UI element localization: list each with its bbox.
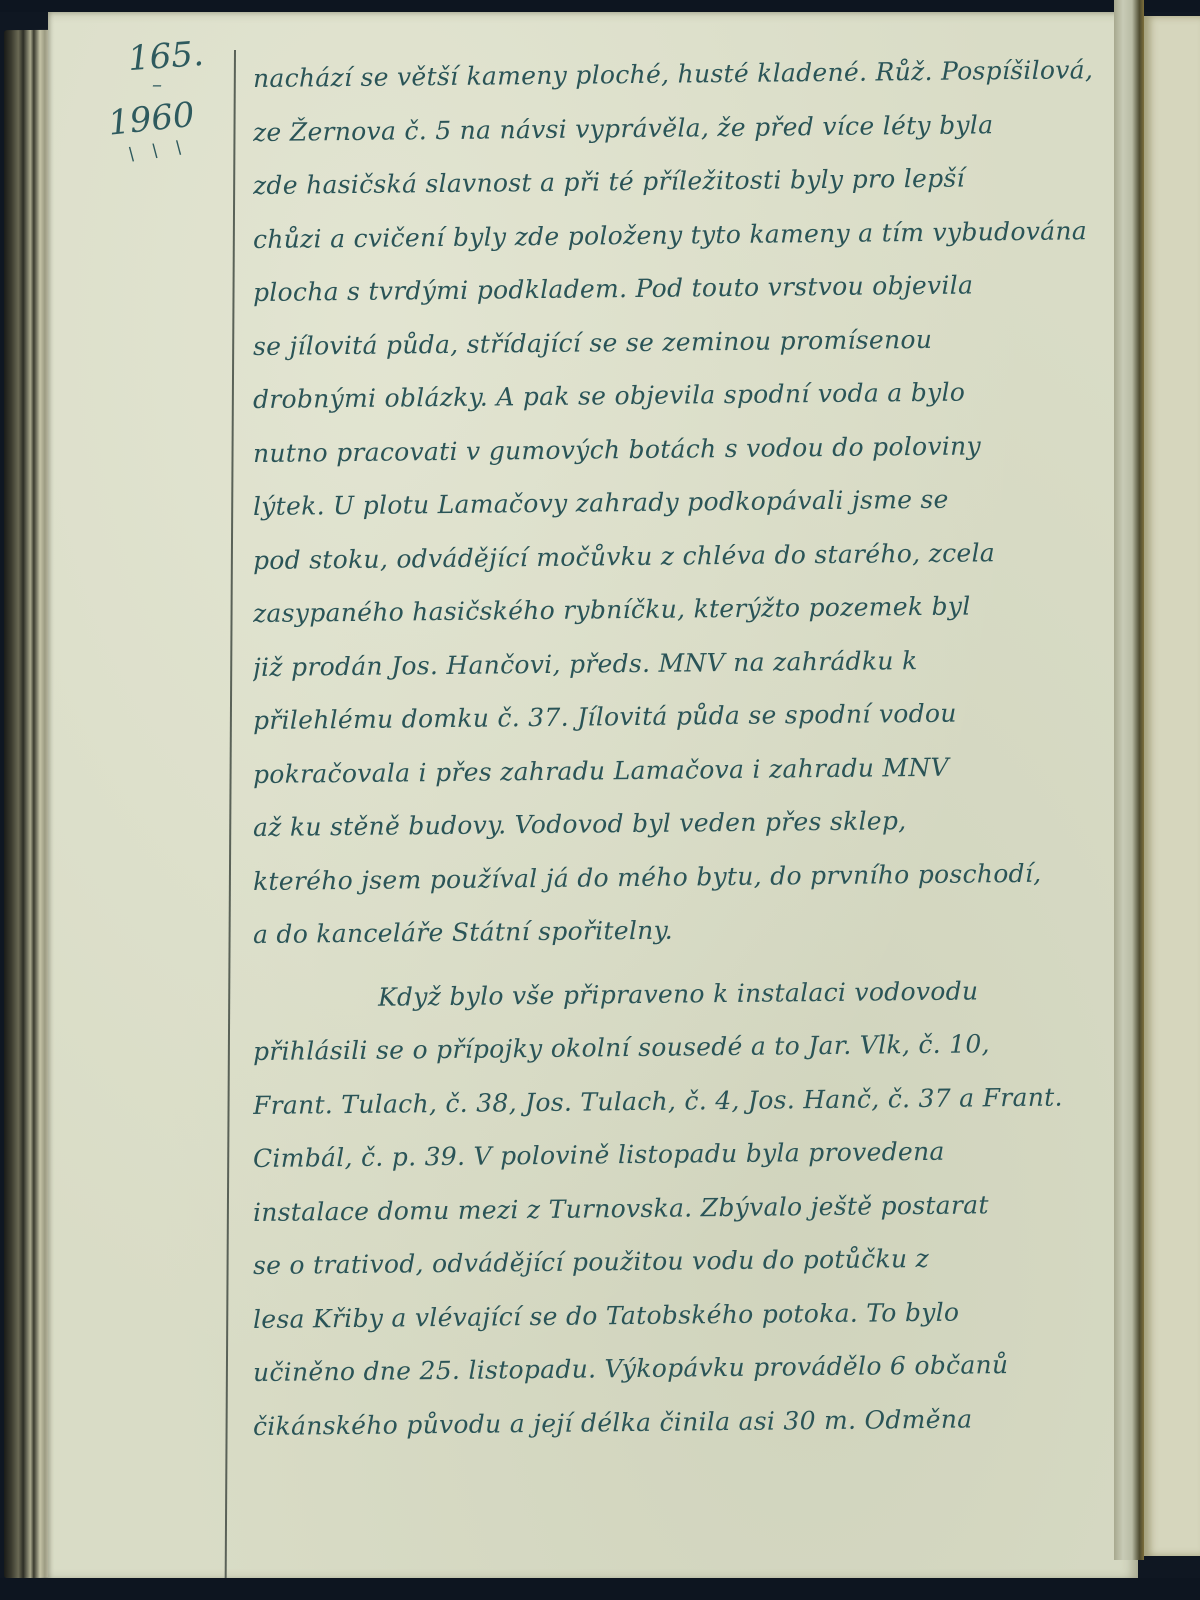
- bottom-background: [0, 1578, 1200, 1600]
- text-line: lesa Křiby a vlévající se do Tatobského …: [253, 1283, 1114, 1346]
- text-line: Cimbál, č. p. 39. V polovině listopadu b…: [253, 1123, 1114, 1186]
- text-line: drobnými oblázky. A pak se objevila spod…: [253, 364, 1114, 427]
- margin-annotation: 165. – 1960 \ \ \: [108, 36, 218, 159]
- text-line: ze Žernova č. 5 na návsi vyprávěla, že p…: [253, 96, 1114, 159]
- text-line: se o trativod, odvádějící použitou vodu …: [253, 1230, 1114, 1293]
- text-line: instalace domu mezi z Turnovska. Zbývalo…: [253, 1176, 1114, 1239]
- text-line: až ku stěně budovy. Vodovod byl veden př…: [253, 792, 1114, 855]
- text-line: pod stoku, odvádějící močůvku z chléva d…: [253, 524, 1114, 587]
- text-line: Frant. Tulach, č. 38, Jos. Tulach, č. 4,…: [253, 1069, 1114, 1132]
- paragraph-start-line: Když bylo vše připraveno k instalaci vod…: [253, 962, 1114, 1025]
- text-line: chůzi a cvičení byly zde položeny tyto k…: [253, 203, 1114, 266]
- text-line: se jílovitá půda, střídající se se zemin…: [253, 310, 1114, 373]
- text-line: zde hasičská slavnost a při té příležito…: [253, 150, 1114, 213]
- text-line: přihlásili se o přípojky okolní sousedé …: [253, 1016, 1114, 1079]
- book-gutter: [1114, 0, 1144, 1560]
- ledger-page: 165. – 1960 \ \ \ nachází se větší kamen…: [48, 12, 1138, 1582]
- margin-dash: –: [152, 76, 218, 92]
- text-line: zasypaného hasičského rybníčku, kterýžto…: [253, 578, 1114, 641]
- text-line: lýtek. U plotu Lamačovy zahrady podkopáv…: [253, 471, 1114, 534]
- text-line: nachází se větší kameny ploché, husté kl…: [253, 43, 1114, 106]
- facing-page-edge: [1144, 16, 1200, 1556]
- text-line: nutno pracovati v gumových botách s vodo…: [253, 417, 1114, 480]
- text-line: již prodán Jos. Hančovi, předs. MNV na z…: [253, 631, 1114, 694]
- page-number: 165.: [127, 33, 220, 79]
- top-background: [0, 0, 1200, 12]
- page-stack-edges: [4, 30, 52, 1578]
- scanned-book-spread: 165. – 1960 \ \ \ nachází se větší kamen…: [0, 0, 1200, 1600]
- text-line: učiněno dne 25. listopadu. Výkopávku pro…: [253, 1337, 1114, 1400]
- text-line: a do kanceláře Státní spořitelny.: [253, 899, 1114, 962]
- text-line: kterého jsem používal já do mého bytu, d…: [253, 845, 1114, 908]
- margin-rule: [225, 50, 236, 1580]
- text-line: přilehlému domku č. 37. Jílovitá půda se…: [253, 685, 1114, 748]
- text-line: čikánského původu a její délka činila as…: [253, 1390, 1114, 1453]
- text-line: plocha s tvrdými podkladem. Pod touto vr…: [253, 257, 1114, 320]
- handwritten-text-body: nachází se větší kameny ploché, husté kl…: [253, 52, 1113, 1453]
- text-line: pokračovala i přes zahradu Lamačova i za…: [253, 738, 1114, 801]
